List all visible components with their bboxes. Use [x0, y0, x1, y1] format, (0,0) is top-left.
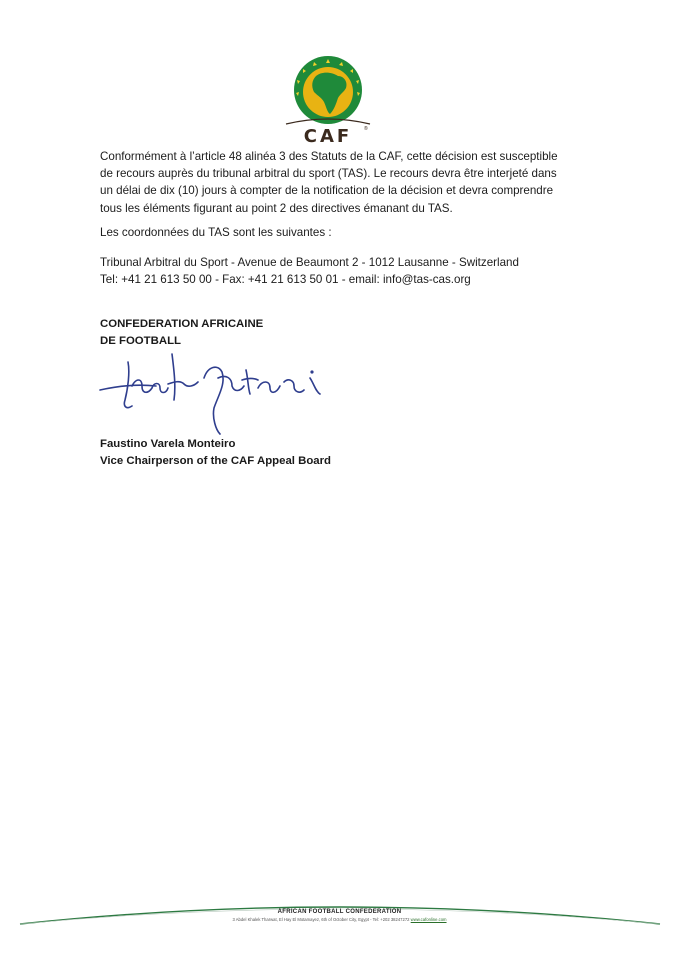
svg-text:CAF: CAF [304, 126, 352, 144]
signer-name: Faustino Varela Monteiro [100, 436, 331, 453]
tas-contact-block: Tribunal Arbitral du Sport - Avenue de B… [100, 254, 570, 288]
svg-text:®: ® [364, 125, 368, 132]
signature-icon [98, 348, 358, 438]
signer-block: Faustino Varela Monteiro Vice Chairperso… [100, 436, 331, 470]
organization-line-1: CONFEDERATION AFRICAINE [100, 316, 263, 333]
footer-website-link[interactable]: www.cafonline.com [411, 917, 447, 922]
organization-name: CONFEDERATION AFRICAINE DE FOOTBALL [100, 316, 263, 350]
tas-contact: Tel: +41 21 613 50 00 - Fax: +41 21 613 … [100, 271, 570, 288]
footer-address-text: 3 Abdel Khalek Tharwat, El Hay El Motama… [232, 917, 409, 922]
tas-address: Tribunal Arbitral du Sport - Avenue de B… [100, 254, 570, 271]
appeal-notice-paragraph: Conformément à l’article 48 alinéa 3 des… [100, 148, 570, 217]
tas-coordinates-intro: Les coordonnées du TAS sont les suivante… [100, 224, 570, 241]
footer-organization-title: AFRICAN FOOTBALL CONFEDERATION [0, 909, 679, 915]
caf-logo-icon: CAF ® [278, 52, 378, 144]
signer-title: Vice Chairperson of the CAF Appeal Board [100, 453, 331, 470]
footer-address: 3 Abdel Khalek Tharwat, El Hay El Motama… [0, 917, 679, 922]
